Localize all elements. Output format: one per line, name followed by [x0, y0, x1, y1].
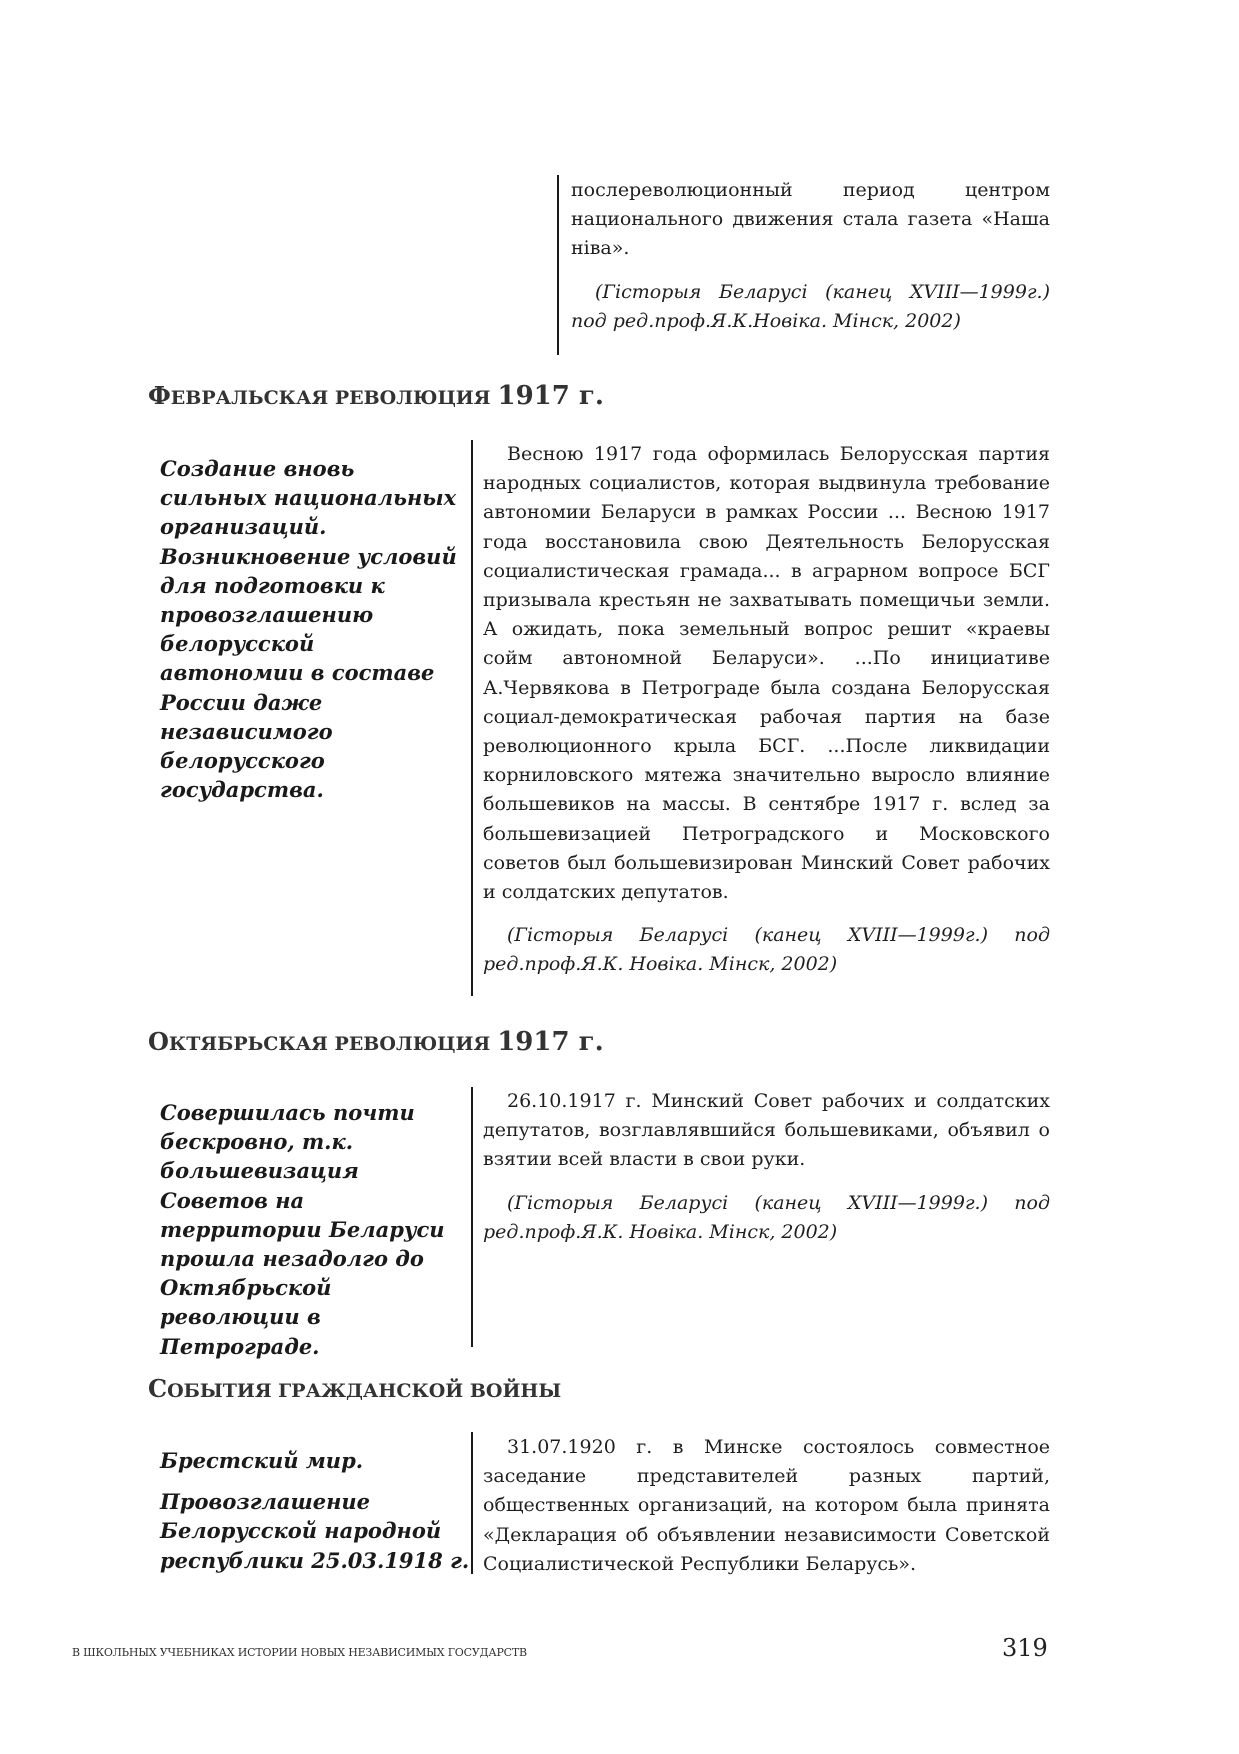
body-paragraph: 31.07.1920 г. в Минске состоялось совмес… [483, 1433, 1050, 1579]
page-number: 319 [1002, 1634, 1048, 1662]
column-divider [471, 1087, 473, 1347]
section-summary: Совершилась почти бескровно, т.к. больше… [160, 1098, 470, 1361]
section-summary: Создание вновь сильных национальных орга… [160, 454, 460, 804]
section-body: Весною 1917 года оформилась Белорусская … [483, 440, 1050, 980]
body-paragraph: Весною 1917 года оформилась Белорусская … [483, 440, 1050, 907]
top-continuation-block: послереволюционный период центром национ… [571, 176, 1050, 336]
column-divider [471, 1432, 473, 1574]
section-heading: Октябрьская революция 1917 г. [148, 1027, 604, 1057]
body-paragraph: 26.10.1917 г. Минский Совет рабочих и со… [483, 1087, 1050, 1175]
citation: (Гісторыя Беларусі (канец XVIII—1999г.) … [483, 1189, 1050, 1247]
citation: (Гісторыя Беларусі (канец XVIII—1999г.) … [483, 921, 1050, 979]
column-divider [557, 175, 559, 355]
section-body: 26.10.1917 г. Минский Совет рабочих и со… [483, 1087, 1050, 1247]
section-heading: Февральская революция 1917 г. [148, 381, 604, 411]
body-paragraph: послереволюционный период центром национ… [571, 176, 1050, 264]
column-divider [471, 440, 473, 996]
section-body: 31.07.1920 г. в Минске состоялось совмес… [483, 1433, 1050, 1579]
citation: (Гісторыя Беларусі (канец XVIII—1999г.) … [571, 278, 1050, 336]
section-heading: События гражданской войны [148, 1374, 561, 1403]
section-summary: Брестский мир. Провозглашение Белорусско… [160, 1446, 470, 1575]
running-title: В ШКОЛЬНЫХ УЧЕБНИКАХ ИСТОРИИ НОВЫХ НЕЗАВ… [72, 1646, 527, 1659]
